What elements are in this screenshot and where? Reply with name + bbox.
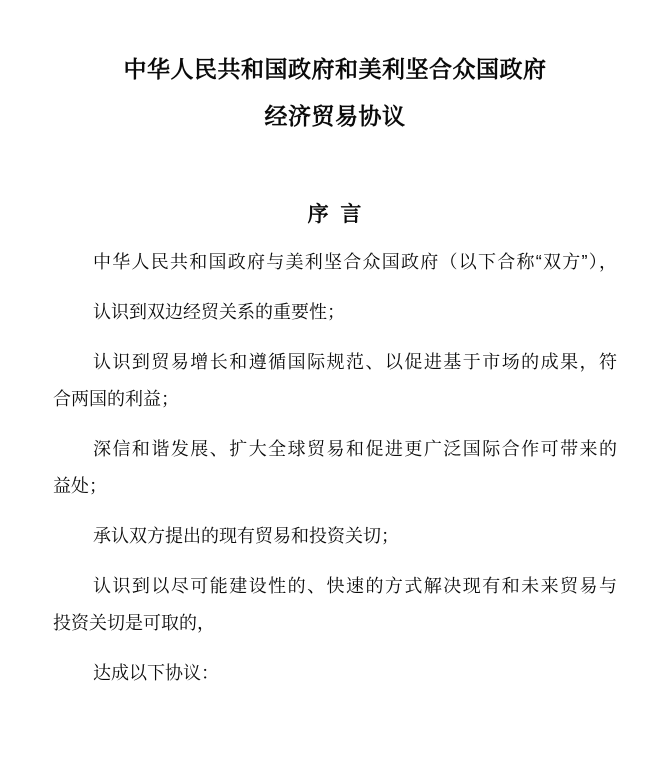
paragraph: 中华人民共和国政府与美利坚合众国政府（以下合称“双方”）， xyxy=(53,244,617,281)
paragraph-line: 认识到以尽可能建设性的、快速的方式解决现有和未来贸易与 xyxy=(53,568,617,605)
paragraph-line: 益处； xyxy=(53,468,617,505)
paragraph-line: 承认双方提出的现有贸易和投资关切； xyxy=(53,518,617,555)
paragraph-line: 合两国的利益； xyxy=(53,381,617,418)
document-page: 中华人民共和国政府和美利坚合众国政府 经济贸易协议 序 言 中华人民共和国政府与… xyxy=(0,0,670,757)
document-body: 中华人民共和国政府与美利坚合众国政府（以下合称“双方”）， 认识到双边经贸关系的… xyxy=(53,244,617,692)
paragraph: 认识到贸易增长和遵循国际规范、以促进基于市场的成果，符 合两国的利益； xyxy=(53,344,617,418)
document-title: 中华人民共和国政府和美利坚合众国政府 经济贸易协议 xyxy=(53,0,617,140)
doc-title-line-2: 经济贸易协议 xyxy=(53,93,617,140)
preamble-heading: 序 言 xyxy=(53,200,617,230)
paragraph-line: 中华人民共和国政府与美利坚合众国政府（以下合称“双方”）， xyxy=(53,244,617,281)
paragraph: 承认双方提出的现有贸易和投资关切； xyxy=(53,518,617,555)
paragraph-line: 投资关切是可取的， xyxy=(53,605,617,642)
paragraph-line: 认识到双边经贸关系的重要性； xyxy=(53,294,617,331)
paragraph: 认识到以尽可能建设性的、快速的方式解决现有和未来贸易与 投资关切是可取的， xyxy=(53,568,617,642)
paragraph: 达成以下协议： xyxy=(53,655,617,692)
paragraph: 深信和谐发展、扩大全球贸易和促进更广泛国际合作可带来的 益处； xyxy=(53,431,617,505)
paragraph-line: 深信和谐发展、扩大全球贸易和促进更广泛国际合作可带来的 xyxy=(53,431,617,468)
doc-title-line-1: 中华人民共和国政府和美利坚合众国政府 xyxy=(53,46,617,93)
paragraph-line: 认识到贸易增长和遵循国际规范、以促进基于市场的成果，符 xyxy=(53,344,617,381)
paragraph-line: 达成以下协议： xyxy=(53,655,617,692)
paragraph: 认识到双边经贸关系的重要性； xyxy=(53,294,617,331)
